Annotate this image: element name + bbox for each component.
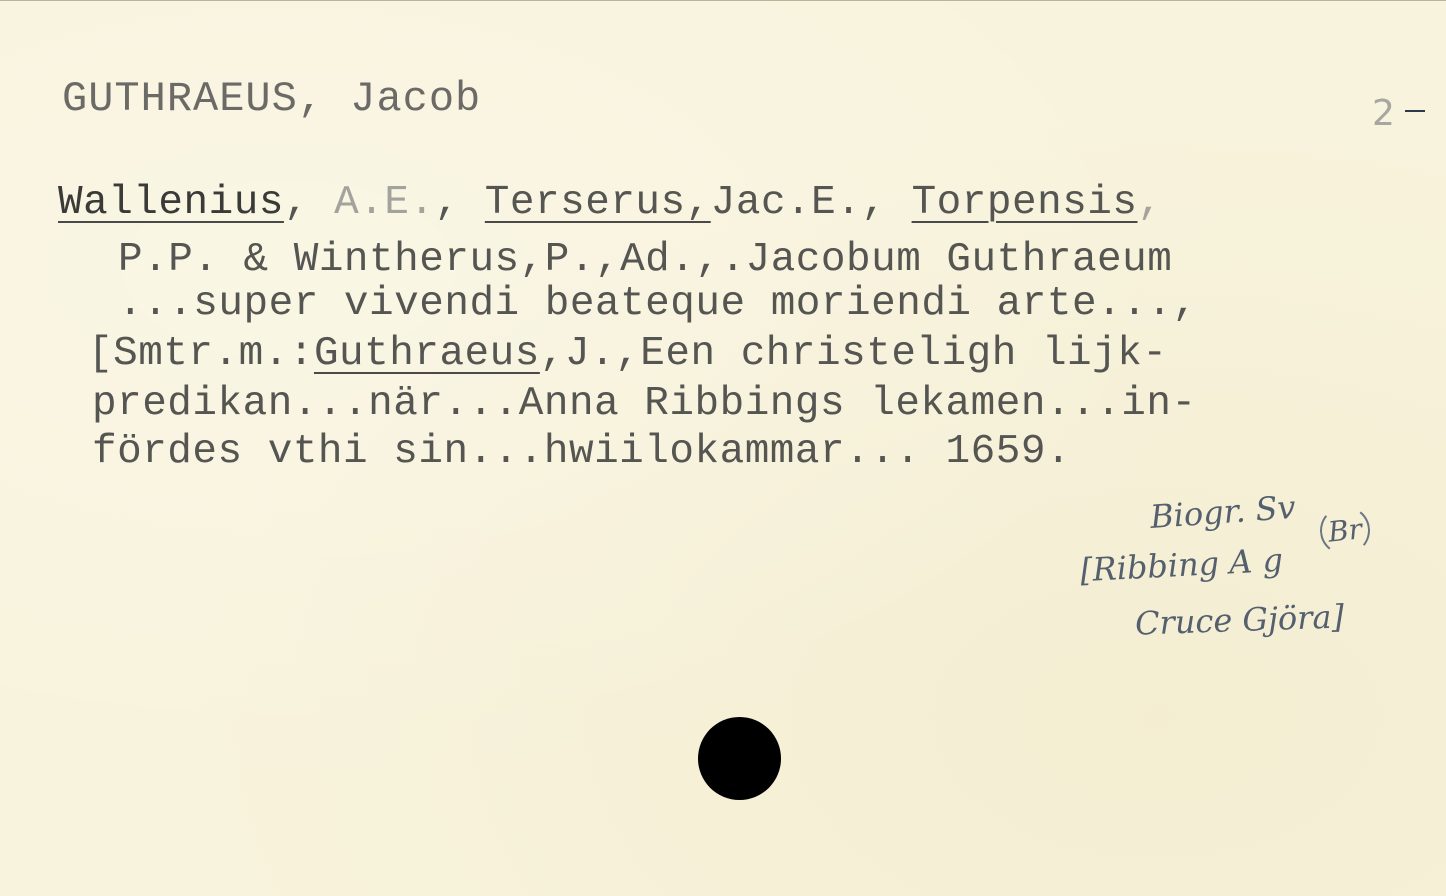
handwritten-note-cruce: Cruce Gjöra]: [1134, 597, 1344, 642]
card-number-mark: [1405, 110, 1425, 112]
related-author: Guthraeus: [314, 331, 540, 377]
handwritten-note-ribbing: [Ribbing A g: [1079, 541, 1284, 590]
punch-hole-icon: [698, 717, 781, 800]
entry-line-6: fördes vthi sin...hwiilokammar... 1659.: [92, 432, 1071, 473]
separator: ,: [861, 180, 911, 226]
author-wallenius: Wallenius: [58, 180, 284, 226]
entry-line-1: Wallenius, A.E., Terserus,Jac.E., Torpen…: [58, 183, 1163, 224]
separator: ,: [1138, 180, 1163, 226]
card-number: 2: [1372, 93, 1395, 134]
author-terserus-initials: Jac.E.: [711, 180, 862, 226]
author-initials: A.E.: [334, 180, 434, 226]
author-terserus: Terserus,: [485, 180, 711, 226]
separator: ,: [284, 180, 334, 226]
catalog-card: GUTHRAEUS, Jacob 2 Wallenius, A.E., Ters…: [0, 0, 1446, 896]
card-heading: GUTHRAEUS, Jacob: [62, 79, 481, 120]
related-prefix: [Smtr.m.:: [88, 331, 314, 377]
handwritten-note-biogr: Biogr. Sv: [1149, 488, 1297, 536]
entry-line-2: P.P. & Wintherus,P.,Ad.,.Jacobum Guthrae…: [118, 240, 1172, 281]
author-torpensis: Torpensis: [912, 180, 1138, 226]
separator: ,: [435, 180, 485, 226]
entry-line-5: predikan...när...Anna Ribbings lekamen..…: [92, 384, 1197, 425]
handwritten-circled-note: Br: [1318, 504, 1373, 558]
related-title: ,J.,Een christeligh lijk-: [540, 331, 1168, 377]
entry-line-4: [Smtr.m.:Guthraeus,J.,Een christeligh li…: [88, 334, 1167, 375]
entry-line-3: ...super vivendi beateque moriendi arte.…: [118, 284, 1197, 325]
